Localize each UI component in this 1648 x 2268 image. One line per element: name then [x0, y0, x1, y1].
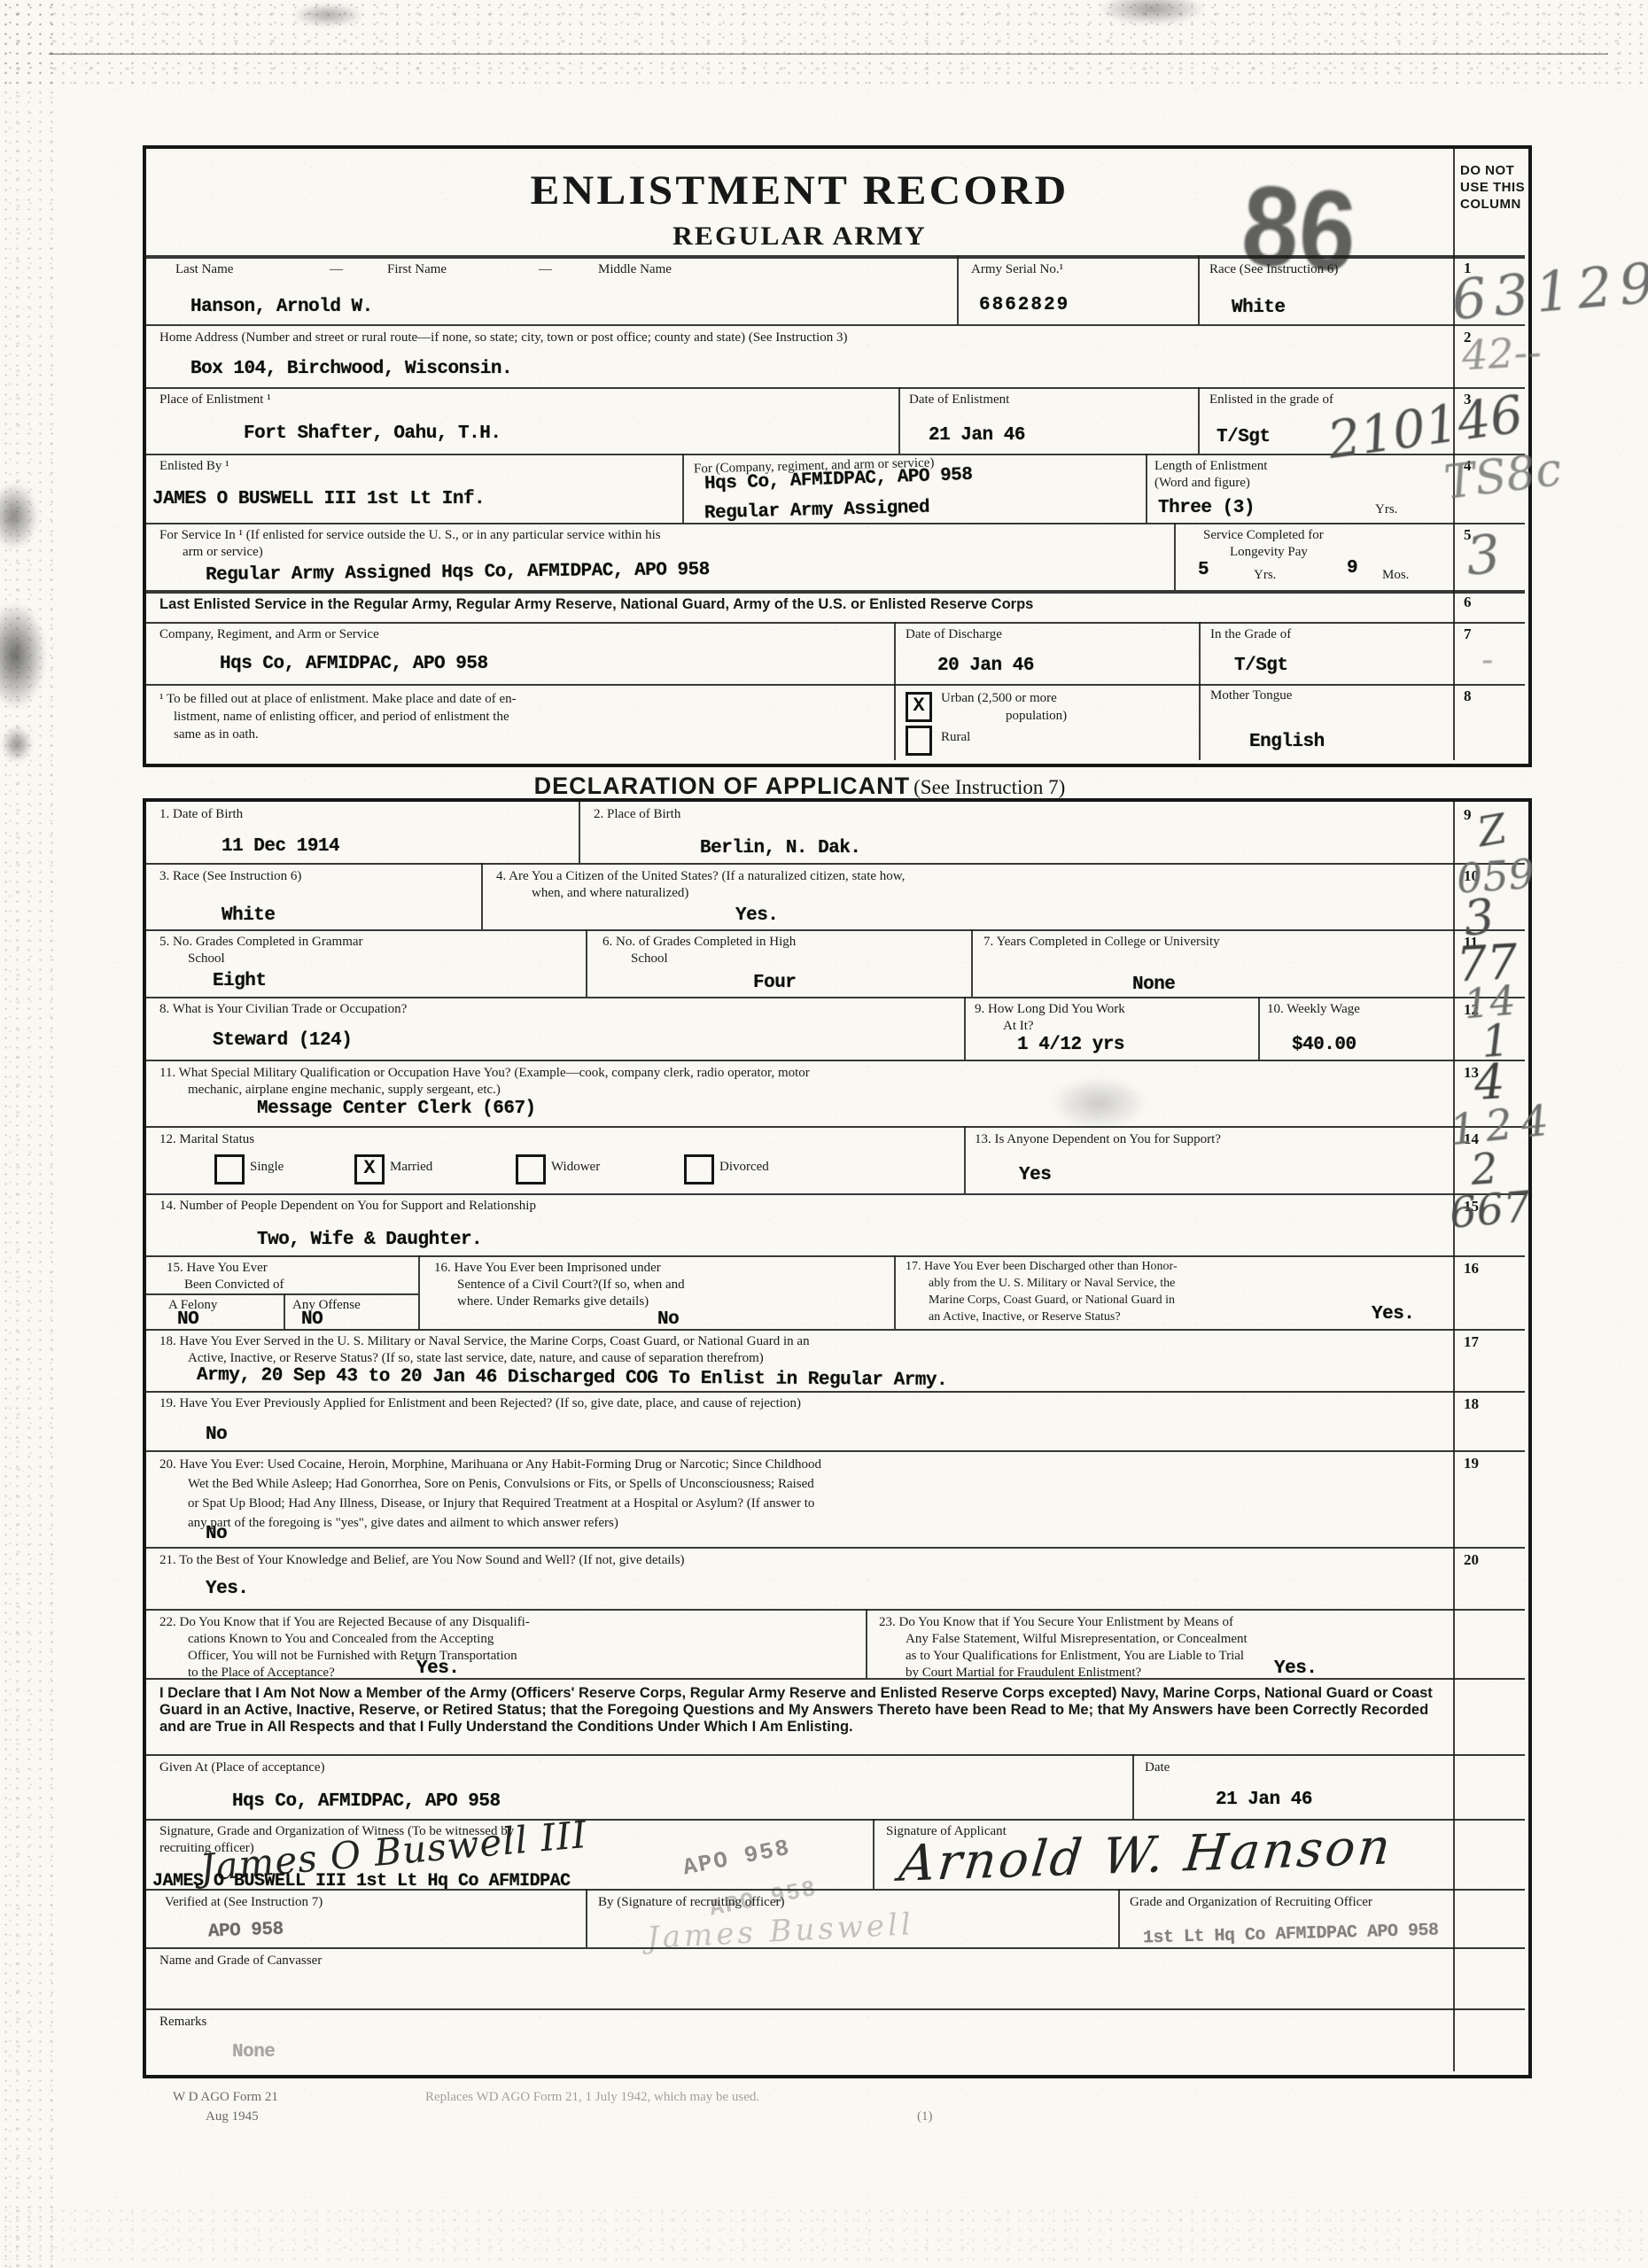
rural-checkbox — [906, 726, 932, 756]
q8-label: 8. What is Your Civilian Trade or Occupa… — [159, 1001, 407, 1018]
date-of-discharge-value: 20 Jan 46 — [937, 656, 1034, 676]
q6-value: Four — [753, 973, 796, 993]
widower-checkbox — [516, 1154, 546, 1184]
home-address-value: Box 104, Birchwood, Wisconsin. — [190, 359, 512, 379]
q17-label1: 17. Have You Ever been Discharged other … — [906, 1258, 1178, 1275]
divider — [146, 1947, 1525, 1949]
divider — [146, 2008, 1525, 2010]
longevity-months-unit: Mos. — [1382, 567, 1409, 584]
q7-label: 7. Years Completed in College or Univers… — [983, 934, 1220, 951]
divider — [579, 802, 580, 863]
q17-label4: an Active, Inactive, or Reserve Status? — [929, 1309, 1121, 1325]
q18-label1: 18. Have You Ever Served in the U. S. Mi… — [159, 1333, 810, 1350]
urban-checkbox-mark: X — [913, 695, 924, 717]
divider — [146, 622, 1525, 624]
divider — [964, 1126, 966, 1193]
divider — [1199, 622, 1201, 760]
married-checkbox: X — [354, 1154, 385, 1184]
q5-label2: School — [188, 951, 225, 967]
longevity-months-value: 9 — [1347, 558, 1357, 579]
q20-label1: 20. Have You Ever: Used Cocaine, Heroin,… — [159, 1456, 821, 1473]
q9-label2: At It? — [1003, 1018, 1034, 1035]
q5-label1: 5. No. Grades Completed in Grammar — [159, 934, 363, 951]
last-name-label: Last Name — [175, 261, 233, 278]
q21-value: Yes. — [206, 1579, 248, 1599]
margin-cell-number: 18 — [1464, 1395, 1479, 1413]
footnote-line1: ¹ To be filled out at place of enlistmen… — [159, 691, 517, 708]
discharge-grade-value: T/Sgt — [1234, 656, 1288, 676]
divider — [146, 1060, 1525, 1061]
q11-value: Message Center Clerk (667) — [257, 1099, 536, 1119]
home-address-label: Home Address (Number and street or rural… — [159, 330, 847, 346]
race-value: White — [1232, 298, 1286, 318]
footnote-line2: listment, name of enlisting officer, and… — [174, 709, 509, 726]
q22-label3: Officer, You will not be Furnished with … — [188, 1648, 517, 1665]
divider — [481, 863, 483, 929]
margin-handwriting-2: 42-- — [1461, 328, 1543, 380]
q16-label2: Sentence of a Civil Court?(If so, when a… — [457, 1277, 685, 1293]
length-value: Three (3) — [1158, 498, 1255, 518]
declaration-header: DECLARATION OF APPLICANT (See Instructio… — [146, 773, 1453, 800]
margin-handwriting-18: 667 — [1448, 1182, 1533, 1239]
for-service-label1: For Service In ¹ (If enlisted for servic… — [159, 527, 661, 544]
last-enlisted-service-header: Last Enlisted Service in the Regular Arm… — [159, 596, 1033, 613]
divider — [894, 1255, 896, 1329]
given-at-label: Given At (Place of acceptance) — [159, 1759, 325, 1776]
given-at-value: Hqs Co, AFMIDPAC, APO 958 — [232, 1791, 501, 1812]
do-not-use-label: DO NOT USE THIS COLUMN — [1460, 162, 1526, 213]
divider — [146, 1193, 1525, 1195]
witness-typed: JAMES O BUSWELL III 1st Lt Hq Co AFMIDPA… — [152, 1871, 571, 1891]
divider — [146, 1255, 1525, 1257]
verified-at-label: Verified at (See Instruction 7) — [165, 1894, 323, 1911]
widower-label: Widower — [551, 1159, 600, 1176]
divider — [146, 1609, 1525, 1611]
form-date: Aug 1945 — [206, 2109, 259, 2125]
serial-value: 6862829 — [979, 295, 1069, 315]
q7-value: None — [1132, 975, 1175, 995]
margin-cell-number: 17 — [1464, 1333, 1479, 1351]
q19-value: No — [206, 1425, 227, 1445]
divider — [1453, 802, 1455, 2071]
scan-noise-left — [0, 0, 53, 2268]
divider — [146, 1126, 1525, 1128]
scan-noise-bottom — [0, 2206, 1648, 2268]
divider — [146, 1547, 1525, 1549]
place-of-enlistment-label: Place of Enlistment ¹ — [159, 392, 271, 408]
divider — [284, 1293, 285, 1329]
divider — [1258, 997, 1260, 1060]
divider — [146, 684, 1525, 686]
single-label: Single — [250, 1159, 284, 1176]
dash: — — [330, 261, 343, 278]
divider — [682, 454, 684, 523]
q6-label2: School — [631, 951, 668, 967]
name-value: Hanson, Arnold W. — [190, 297, 373, 317]
longevity-years-unit: Yrs. — [1254, 567, 1276, 584]
q16-label1: 16. Have You Ever been Imprisoned under — [434, 1260, 661, 1277]
q4-value: Yes. — [735, 905, 778, 926]
married-label: Married — [390, 1159, 432, 1176]
remarks-label: Remarks — [159, 2014, 206, 2031]
q8-value: Steward (124) — [213, 1030, 352, 1051]
length-label1: Length of Enlistment — [1154, 458, 1267, 475]
q10-label: 10. Weekly Wage — [1267, 1001, 1360, 1018]
divider — [146, 1754, 1525, 1756]
q5-value: Eight — [213, 971, 267, 991]
divider — [957, 255, 959, 324]
length-unit: Yrs. — [1375, 501, 1397, 518]
rural-label: Rural — [941, 729, 970, 746]
q14-label: 14. Number of People Dependent on You fo… — [159, 1198, 536, 1215]
date-value: 21 Jan 46 — [1216, 1790, 1312, 1810]
scan-smudge — [292, 4, 363, 27]
divorced-checkbox — [684, 1154, 714, 1184]
q20-label3: or Spat Up Blood; Had Any Illness, Disea… — [188, 1495, 814, 1512]
q14-value: Two, Wife & Daughter. — [257, 1230, 482, 1250]
serial-label: Army Serial No.¹ — [971, 261, 1063, 278]
divider — [146, 929, 1525, 931]
q4-label1: 4. Are You a Citizen of the United State… — [496, 868, 905, 885]
divorced-label: Divorced — [719, 1159, 769, 1176]
q9-value: 1 4/12 yrs — [1017, 1035, 1124, 1055]
divider — [586, 1889, 587, 1947]
urban-label2: population) — [1006, 708, 1067, 725]
divider — [1198, 387, 1200, 454]
divider — [146, 324, 1525, 326]
margin-handwriting-7: - — [1481, 640, 1494, 680]
declaration-paragraph: I Declare that I Am Not Now a Member of … — [159, 1685, 1453, 1736]
page-number: (1) — [917, 2109, 933, 2125]
date-label: Date — [1145, 1759, 1170, 1776]
q22-label4: to the Place of Acceptance? — [188, 1665, 335, 1682]
urban-checkbox: X — [906, 692, 932, 722]
divider — [1146, 454, 1147, 523]
mother-tongue-label: Mother Tongue — [1210, 687, 1292, 704]
enlisted-by-label: Enlisted By ¹ — [159, 458, 229, 475]
divider — [866, 1609, 867, 1678]
for-service-label2: arm or service) — [183, 544, 263, 561]
form-number: W D AGO Form 21 — [173, 2089, 278, 2106]
scan-noise-top — [0, 0, 1648, 84]
dash: — — [539, 261, 552, 278]
place-of-enlistment-value: Fort Shafter, Oahu, T.H. — [244, 423, 501, 444]
first-name-label: First Name — [387, 261, 447, 278]
divider — [894, 622, 896, 760]
q11-label2: mechanic, airplane engine mechanic, supp… — [188, 1082, 501, 1099]
margin-cell-number: 16 — [1464, 1260, 1479, 1278]
divider — [146, 590, 1525, 594]
urban-label1: Urban (2,500 or more — [941, 690, 1057, 707]
longevity-label1: Service Completed for — [1203, 527, 1324, 544]
in-grade-of-label: In the Grade of — [1210, 626, 1291, 643]
company-label: Company, Regiment, and Arm or Service — [159, 626, 379, 643]
scan-smudge — [0, 602, 46, 709]
q12-label: 12. Marital Status — [159, 1131, 254, 1148]
margin-cell-number: 6 — [1464, 594, 1472, 611]
divider — [146, 1450, 1525, 1452]
grade-value: T/Sgt — [1217, 427, 1271, 447]
paper-edge-line — [49, 53, 1608, 55]
q20-value: No — [206, 1524, 227, 1544]
scanned-enlistment-record: ENLISTMENT RECORD REGULAR ARMY 86 DO NOT… — [0, 0, 1648, 2268]
divider — [586, 929, 587, 997]
margin-cell-number: 8 — [1464, 687, 1472, 705]
divider — [1132, 1754, 1134, 1819]
form-replaces-note: Replaces WD AGO Form 21, 1 July 1942, wh… — [425, 2089, 759, 2106]
canvasser-label: Name and Grade of Canvasser — [159, 1953, 322, 1969]
q11-label1: 11. What Special Military Qualification … — [159, 1065, 810, 1082]
recruiter-grade-label: Grade and Organization of Recruiting Off… — [1130, 1894, 1372, 1911]
scan-smudge — [0, 483, 38, 549]
divider — [1174, 523, 1176, 590]
company-value: Hqs Co, AFMIDPAC, APO 958 — [220, 654, 488, 674]
q3-value: White — [222, 905, 276, 926]
divider — [146, 255, 1525, 259]
divider — [146, 387, 1525, 389]
middle-name-label: Middle Name — [598, 261, 672, 278]
date-of-discharge-label: Date of Discharge — [906, 626, 1002, 643]
mother-tongue-value: English — [1249, 732, 1325, 752]
date-of-enlistment-label: Date of Enlistment — [909, 392, 1009, 408]
q13-value: Yes — [1019, 1165, 1051, 1185]
divider — [1118, 1889, 1120, 1947]
date-of-enlistment-value: 21 Jan 46 — [929, 425, 1025, 446]
divider — [146, 1678, 1525, 1680]
q10-value: $40.00 — [1292, 1035, 1356, 1055]
race-label: Race (See Instruction 6) — [1209, 261, 1338, 278]
q23-label2: Any False Statement, Wilful Misrepresent… — [906, 1631, 1248, 1648]
q4-label2: when, and where naturalized) — [532, 885, 688, 902]
q6-label1: 6. No. of Grades Completed in High — [602, 934, 796, 951]
q3-label: 3. Race (See Instruction 6) — [159, 868, 301, 885]
footnote-line3: same as in oath. — [174, 726, 259, 743]
longevity-years-value: 5 — [1198, 560, 1209, 580]
q13-label: 13. Is Anyone Dependent on You for Suppo… — [975, 1131, 1221, 1148]
q2-label: 2. Place of Birth — [594, 806, 680, 823]
divider — [146, 1293, 418, 1295]
q17-value: Yes. — [1372, 1304, 1414, 1324]
q22-label2: cations Known to You and Concealed from … — [188, 1631, 494, 1648]
q1-value: 11 Dec 1914 — [222, 836, 339, 857]
scan-smudge — [1099, 0, 1205, 25]
divider — [898, 387, 900, 454]
scan-smudge — [2, 726, 32, 762]
single-checkbox — [214, 1154, 245, 1184]
married-checkbox-mark: X — [363, 1157, 375, 1179]
q22-value: Yes. — [416, 1658, 459, 1679]
felony-value: NO — [177, 1309, 198, 1330]
q23-value: Yes. — [1274, 1658, 1317, 1679]
divider — [146, 1329, 1525, 1331]
q16-label3: where. Under Remarks give details) — [457, 1293, 649, 1310]
length-label2: (Word and figure) — [1154, 475, 1250, 492]
declaration-title: DECLARATION OF APPLICANT — [534, 773, 910, 799]
any-offense-value: NO — [301, 1309, 323, 1330]
divider — [146, 1391, 1525, 1393]
divider — [146, 454, 1525, 455]
grade-label: Enlisted in the grade of — [1209, 392, 1333, 408]
margin-cell-number: 3 — [1464, 391, 1472, 408]
divider — [971, 929, 973, 997]
divider — [146, 863, 1525, 865]
margin-handwriting-16: 124 — [1447, 1095, 1559, 1155]
q23-label3: as to Your Qualifications for Enlistment… — [906, 1648, 1244, 1665]
q15-label2: Been Convicted of — [184, 1277, 284, 1293]
q2-value: Berlin, N. Dak. — [700, 838, 861, 858]
q23-label1: 23. Do You Know that if You Secure Your … — [879, 1614, 1233, 1631]
q18-label2: Active, Inactive, or Reserve Status? (If… — [188, 1350, 764, 1367]
divider — [1198, 255, 1200, 324]
q17-label3: Marine Corps, Coast Guard, or National G… — [929, 1292, 1175, 1309]
q21-label: 21. To the Best of Your Knowledge and Be… — [159, 1552, 685, 1569]
divider — [146, 997, 1525, 998]
divider — [873, 1819, 875, 1889]
margin-handwriting-5: 3 — [1464, 523, 1503, 587]
q9-label1: 9. How Long Did You Work — [975, 1001, 1125, 1018]
q15-label1: 15. Have You Ever — [167, 1260, 268, 1277]
divider — [418, 1255, 420, 1329]
divider — [964, 997, 966, 1060]
q20-label2: Wet the Bed While Asleep; Had Gonorrhea,… — [188, 1476, 814, 1493]
q22-label1: 22. Do You Know that if You are Rejected… — [159, 1614, 530, 1631]
margin-cell-number: 20 — [1464, 1551, 1479, 1569]
verified-at-value: APO 958 — [208, 1920, 284, 1943]
margin-cell-number: 9 — [1464, 806, 1472, 824]
margin-cell-number: 7 — [1464, 625, 1472, 643]
q23-label4: by Court Martial for Fraudulent Enlistme… — [906, 1665, 1141, 1682]
q1-label: 1. Date of Birth — [159, 806, 243, 823]
enlisted-by-value: JAMES O BUSWELL III 1st Lt Inf. — [152, 489, 485, 509]
q19-label: 19. Have You Ever Previously Applied for… — [159, 1395, 801, 1412]
divider — [146, 523, 1525, 524]
longevity-label2: Longevity Pay — [1230, 544, 1308, 561]
q20-label4: any part of the foregoing is "yes", give… — [188, 1515, 618, 1532]
declaration-subtitle: (See Instruction 7) — [913, 776, 1065, 798]
remarks-value: None — [232, 2042, 275, 2062]
q17-label2: ably from the U. S. Military or Naval Se… — [929, 1275, 1175, 1292]
q16-value: No — [657, 1309, 679, 1330]
margin-cell-number: 19 — [1464, 1455, 1479, 1472]
